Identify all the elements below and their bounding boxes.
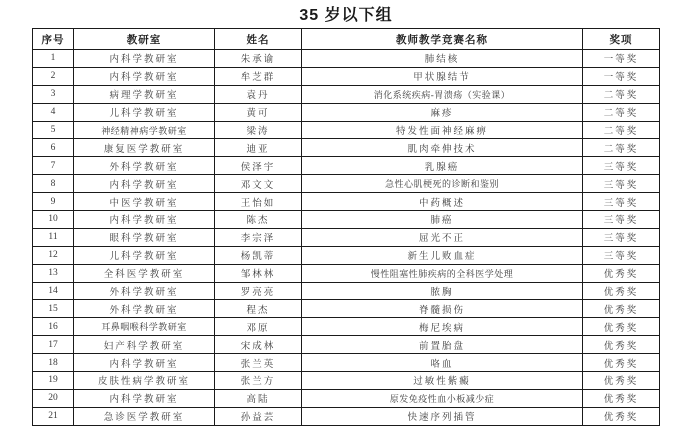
cell-col-award: 二等奖 [583, 121, 660, 139]
table-row: 13全科医学教研室邹林林慢性阻塞性肺疾病的全科医学处理优秀奖 [33, 264, 660, 282]
table-body: 1内科学教研室朱承谕肺结核一等奖2内科学教研室牟芝群甲状腺结节一等奖3病理学教研… [33, 50, 660, 426]
cell-col-department: 中医学教研室 [74, 193, 215, 211]
cell-col-index: 2 [33, 67, 74, 85]
cell-col-department: 儿科学教研室 [74, 246, 215, 264]
cell-col-name: 张兰英 [215, 354, 302, 372]
cell-col-award: 三等奖 [583, 246, 660, 264]
table-row: 11眼科学教研室李宗泽屈光不正三等奖 [33, 228, 660, 246]
cell-col-award: 优秀奖 [583, 389, 660, 407]
cell-col-competition: 梅尼埃病 [302, 318, 583, 336]
cell-col-award: 优秀奖 [583, 318, 660, 336]
cell-col-index: 21 [33, 407, 74, 425]
cell-col-name: 梁涛 [215, 121, 302, 139]
cell-col-department: 内科学教研室 [74, 389, 215, 407]
cell-col-index: 7 [33, 157, 74, 175]
cell-col-name: 王怡如 [215, 193, 302, 211]
cell-col-award: 优秀奖 [583, 282, 660, 300]
cell-col-award: 三等奖 [583, 175, 660, 193]
cell-col-index: 13 [33, 264, 74, 282]
cell-col-department: 外科学教研室 [74, 300, 215, 318]
table-row: 10内科学教研室陈杰肺癌三等奖 [33, 211, 660, 229]
table-row: 14外科学教研室罗亮亮脓胸优秀奖 [33, 282, 660, 300]
cell-col-name: 邓原 [215, 318, 302, 336]
table-row: 17妇产科学教研室宋成林前置胎盘优秀奖 [33, 336, 660, 354]
cell-col-index: 6 [33, 139, 74, 157]
cell-col-competition: 原发免疫性血小板减少症 [302, 389, 583, 407]
cell-col-award: 优秀奖 [583, 264, 660, 282]
cell-col-competition: 前置胎盘 [302, 336, 583, 354]
cell-col-competition: 快速序列插管 [302, 407, 583, 425]
cell-col-competition: 麻疹 [302, 103, 583, 121]
cell-col-name: 朱承谕 [215, 50, 302, 68]
cell-col-department: 妇产科学教研室 [74, 336, 215, 354]
table-row: 4儿科学教研室黄可麻疹二等奖 [33, 103, 660, 121]
table-row: 19皮肤性病学教研室张兰方过敏性紫癜优秀奖 [33, 372, 660, 390]
cell-col-name: 杨凯蒂 [215, 246, 302, 264]
cell-col-competition: 过敏性紫癜 [302, 372, 583, 390]
cell-col-competition: 脊髓损伤 [302, 300, 583, 318]
cell-col-competition: 中药概述 [302, 193, 583, 211]
cell-col-index: 15 [33, 300, 74, 318]
cell-col-competition: 特发性面神经麻痹 [302, 121, 583, 139]
cell-col-department: 眼科学教研室 [74, 228, 215, 246]
cell-col-competition: 慢性阻塞性肺疾病的全科医学处理 [302, 264, 583, 282]
table-row: 2内科学教研室牟芝群甲状腺结节一等奖 [33, 67, 660, 85]
cell-col-department: 内科学教研室 [74, 67, 215, 85]
cell-col-department: 内科学教研室 [74, 211, 215, 229]
cell-col-competition: 脓胸 [302, 282, 583, 300]
cell-col-competition: 肌肉牵伸技术 [302, 139, 583, 157]
cell-col-department: 康复医学教研室 [74, 139, 215, 157]
cell-col-department: 急诊医学教研室 [74, 407, 215, 425]
table-row: 7外科学教研室侯泽宇乳腺癌三等奖 [33, 157, 660, 175]
table-row: 20内科学教研室高陆原发免疫性血小板减少症优秀奖 [33, 389, 660, 407]
cell-col-award: 二等奖 [583, 139, 660, 157]
cell-col-name: 张兰方 [215, 372, 302, 390]
cell-col-department: 外科学教研室 [74, 157, 215, 175]
table-row: 21急诊医学教研室孙益芸快速序列插管优秀奖 [33, 407, 660, 425]
cell-col-name: 罗亮亮 [215, 282, 302, 300]
header-cell-col-competition: 教师教学竞赛名称 [302, 29, 583, 50]
cell-col-competition: 急性心肌梗死的诊断和鉴别 [302, 175, 583, 193]
table-row: 18内科学教研室张兰英咯血优秀奖 [33, 354, 660, 372]
cell-col-name: 侯泽宇 [215, 157, 302, 175]
cell-col-index: 17 [33, 336, 74, 354]
cell-col-index: 8 [33, 175, 74, 193]
award-table: 序号教研室姓名教师教学竞赛名称奖项 1内科学教研室朱承谕肺结核一等奖2内科学教研… [32, 28, 660, 426]
cell-col-index: 20 [33, 389, 74, 407]
table-row: 16耳鼻咽喉科学教研室邓原梅尼埃病优秀奖 [33, 318, 660, 336]
cell-col-award: 三等奖 [583, 193, 660, 211]
cell-col-department: 外科学教研室 [74, 282, 215, 300]
cell-col-department: 内科学教研室 [74, 354, 215, 372]
cell-col-competition: 消化系统疾病-胃溃疡（实验课） [302, 85, 583, 103]
cell-col-index: 12 [33, 246, 74, 264]
cell-col-name: 高陆 [215, 389, 302, 407]
table-row: 8内科学教研室邓文文急性心肌梗死的诊断和鉴别三等奖 [33, 175, 660, 193]
cell-col-department: 全科医学教研室 [74, 264, 215, 282]
cell-col-competition: 乳腺癌 [302, 157, 583, 175]
cell-col-award: 一等奖 [583, 67, 660, 85]
cell-col-name: 邹林林 [215, 264, 302, 282]
cell-col-award: 三等奖 [583, 211, 660, 229]
header-cell-col-index: 序号 [33, 29, 74, 50]
table-row: 1内科学教研室朱承谕肺结核一等奖 [33, 50, 660, 68]
table-row: 9中医学教研室王怡如中药概述三等奖 [33, 193, 660, 211]
cell-col-competition: 咯血 [302, 354, 583, 372]
cell-col-award: 二等奖 [583, 103, 660, 121]
cell-col-award: 优秀奖 [583, 354, 660, 372]
table-row: 15外科学教研室程杰脊髓损伤优秀奖 [33, 300, 660, 318]
cell-col-name: 牟芝群 [215, 67, 302, 85]
cell-col-name: 袁丹 [215, 85, 302, 103]
table-row: 3病理学教研室袁丹消化系统疾病-胃溃疡（实验课）二等奖 [33, 85, 660, 103]
cell-col-name: 迪亚 [215, 139, 302, 157]
cell-col-index: 11 [33, 228, 74, 246]
cell-col-award: 优秀奖 [583, 372, 660, 390]
cell-col-index: 19 [33, 372, 74, 390]
cell-col-department: 病理学教研室 [74, 85, 215, 103]
header-cell-col-award: 奖项 [583, 29, 660, 50]
cell-col-department: 皮肤性病学教研室 [74, 372, 215, 390]
cell-col-award: 优秀奖 [583, 407, 660, 425]
cell-col-index: 4 [33, 103, 74, 121]
cell-col-index: 14 [33, 282, 74, 300]
table-row: 5神经精神病学教研室梁涛特发性面神经麻痹二等奖 [33, 121, 660, 139]
cell-col-department: 内科学教研室 [74, 175, 215, 193]
cell-col-index: 10 [33, 211, 74, 229]
cell-col-competition: 新生儿败血症 [302, 246, 583, 264]
cell-col-award: 优秀奖 [583, 300, 660, 318]
cell-col-competition: 肺癌 [302, 211, 583, 229]
document-page: 35 岁以下组 序号教研室姓名教师教学竞赛名称奖项 1内科学教研室朱承谕肺结核一… [0, 2, 692, 426]
page-title: 35 岁以下组 [0, 2, 692, 25]
cell-col-award: 优秀奖 [583, 336, 660, 354]
cell-col-department: 神经精神病学教研室 [74, 121, 215, 139]
cell-col-competition: 肺结核 [302, 50, 583, 68]
cell-col-index: 18 [33, 354, 74, 372]
cell-col-competition: 甲状腺结节 [302, 67, 583, 85]
cell-col-award: 三等奖 [583, 157, 660, 175]
table-header-row: 序号教研室姓名教师教学竞赛名称奖项 [33, 29, 660, 50]
cell-col-award: 三等奖 [583, 228, 660, 246]
cell-col-department: 内科学教研室 [74, 50, 215, 68]
cell-col-competition: 屈光不正 [302, 228, 583, 246]
cell-col-index: 3 [33, 85, 74, 103]
cell-col-award: 一等奖 [583, 50, 660, 68]
cell-col-name: 黄可 [215, 103, 302, 121]
cell-col-index: 1 [33, 50, 74, 68]
cell-col-name: 孙益芸 [215, 407, 302, 425]
cell-col-index: 16 [33, 318, 74, 336]
cell-col-name: 宋成林 [215, 336, 302, 354]
table-row: 6康复医学教研室迪亚肌肉牵伸技术二等奖 [33, 139, 660, 157]
cell-col-award: 二等奖 [583, 85, 660, 103]
cell-col-department: 耳鼻咽喉科学教研室 [74, 318, 215, 336]
cell-col-name: 陈杰 [215, 211, 302, 229]
cell-col-name: 邓文文 [215, 175, 302, 193]
table-head: 序号教研室姓名教师教学竞赛名称奖项 [33, 29, 660, 50]
cell-col-index: 5 [33, 121, 74, 139]
table-row: 12儿科学教研室杨凯蒂新生儿败血症三等奖 [33, 246, 660, 264]
header-cell-col-department: 教研室 [74, 29, 215, 50]
cell-col-name: 程杰 [215, 300, 302, 318]
cell-col-department: 儿科学教研室 [74, 103, 215, 121]
cell-col-name: 李宗泽 [215, 228, 302, 246]
cell-col-index: 9 [33, 193, 74, 211]
header-cell-col-name: 姓名 [215, 29, 302, 50]
